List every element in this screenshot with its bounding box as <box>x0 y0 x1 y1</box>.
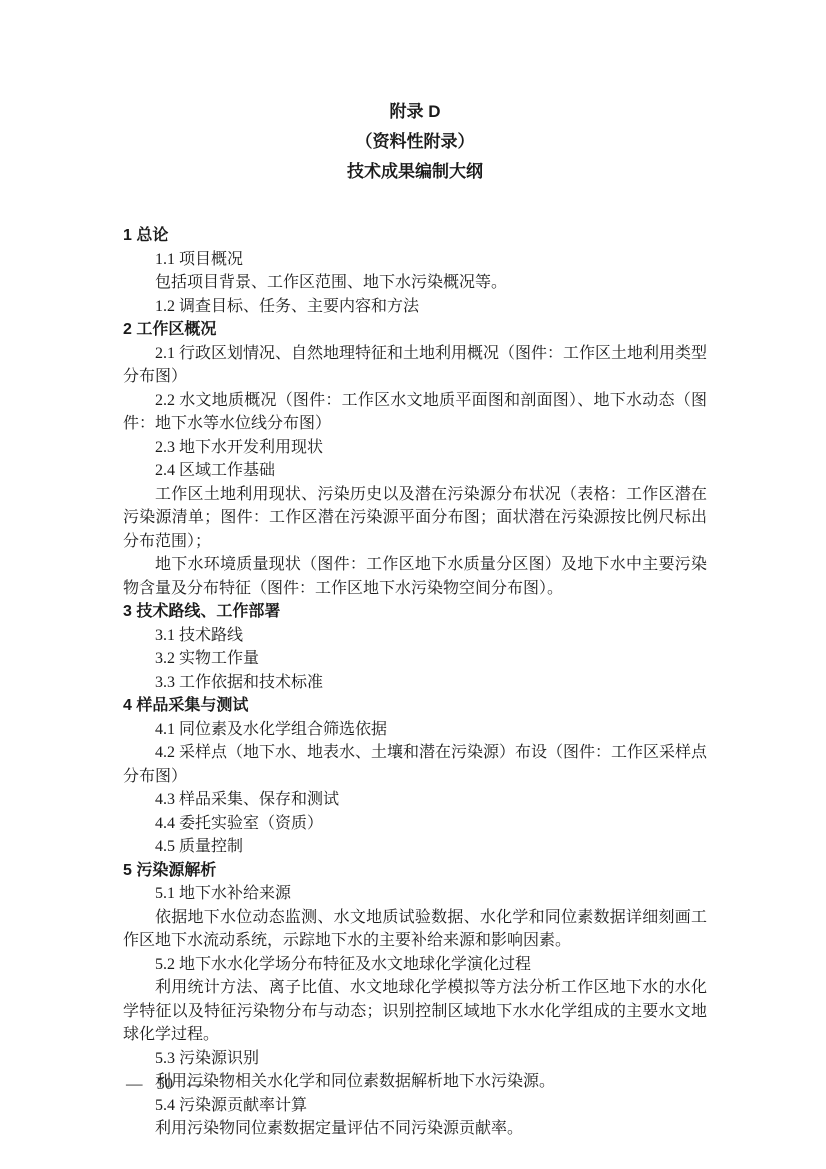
paragraph: 4.1 同位素及水化学组合筛选依据 <box>123 718 707 742</box>
paragraph: 利用污染物相关水化学和同位素数据解析地下水污染源。 <box>123 1070 707 1094</box>
paragraph: 1.1 项目概况 <box>123 248 707 272</box>
paragraph: 3.3 工作依据和技术标准 <box>123 671 707 695</box>
paragraph: 2.2 水文地质概况（图件：工作区水文地质平面图和剖面图）、地下水动态（图件：地… <box>123 389 707 436</box>
paragraph: 5.4 污染源贡献率计算 <box>123 1094 707 1118</box>
paragraph: 4.4 委托实验室（资质） <box>123 812 707 836</box>
paragraph: 包括项目背景、工作区范围、地下水污染概况等。 <box>123 271 707 295</box>
section-heading: 4 样品采集与测试 <box>123 694 707 718</box>
paragraph: 5.3 污染源识别 <box>123 1047 707 1071</box>
footer-dash-left: — <box>126 1072 143 1096</box>
paragraph: 2.4 区域工作基础 <box>123 459 707 483</box>
paragraph: 4.5 质量控制 <box>123 835 707 859</box>
paragraph: 2.1 行政区划情况、自然地理特征和土地利用概况（图件：工作区土地利用类型分布图… <box>123 342 707 389</box>
page-number: 50 <box>157 1072 174 1096</box>
paragraph: 4.2 采样点（地下水、地表水、土壤和潜在污染源）布设（图件：工作区采样点分布图… <box>123 741 707 788</box>
paragraph: 2.3 地下水开发利用现状 <box>123 436 707 460</box>
document-title: 技术成果编制大纲 <box>123 157 707 187</box>
section-heading: 2 工作区概况 <box>123 318 707 342</box>
appendix-note: （资料性附录） <box>123 127 707 157</box>
section-heading: 5 污染源解析 <box>123 859 707 883</box>
title-block: 附录 D （资料性附录） 技术成果编制大纲 <box>123 97 707 187</box>
paragraph: 1.2 调查目标、任务、主要内容和方法 <box>123 295 707 319</box>
paragraph: 4.3 样品采集、保存和测试 <box>123 788 707 812</box>
paragraph: 3.1 技术路线 <box>123 624 707 648</box>
paragraph: 地下水环境质量现状（图件：工作区地下水质量分区图）及地下水中主要污染物含量及分布… <box>123 553 707 600</box>
section-heading: 1 总论 <box>123 224 707 248</box>
paragraph: 3.2 实物工作量 <box>123 647 707 671</box>
footer-dash-right: — <box>187 1072 204 1096</box>
paragraph: 依据地下水位动态监测、水文地质试验数据、水化学和同位素数据详细刻画工作区地下水流… <box>123 906 707 953</box>
section-heading: 3 技术路线、工作部署 <box>123 600 707 624</box>
paragraph: 利用污染物同位素数据定量评估不同污染源贡献率。 <box>123 1117 707 1141</box>
paragraph: 利用统计方法、离子比值、水文地球化学模拟等方法分析工作区地下水的水化学特征以及特… <box>123 976 707 1047</box>
appendix-label: 附录 D <box>123 97 707 127</box>
page-footer: — 50 — <box>126 1072 204 1096</box>
paragraph: 5.1 地下水补给来源 <box>123 882 707 906</box>
paragraph: 5.2 地下水水化学场分布特征及水文地球化学演化过程 <box>123 953 707 977</box>
paragraph: 工作区土地利用现状、污染历史以及潜在污染源分布状况（表格：工作区潜在污染源清单；… <box>123 483 707 554</box>
document-body: 1 总论1.1 项目概况包括项目背景、工作区范围、地下水污染概况等。1.2 调查… <box>123 224 707 1141</box>
document-page: 附录 D （资料性附录） 技术成果编制大纲 1 总论1.1 项目概况包括项目背景… <box>0 0 826 1169</box>
